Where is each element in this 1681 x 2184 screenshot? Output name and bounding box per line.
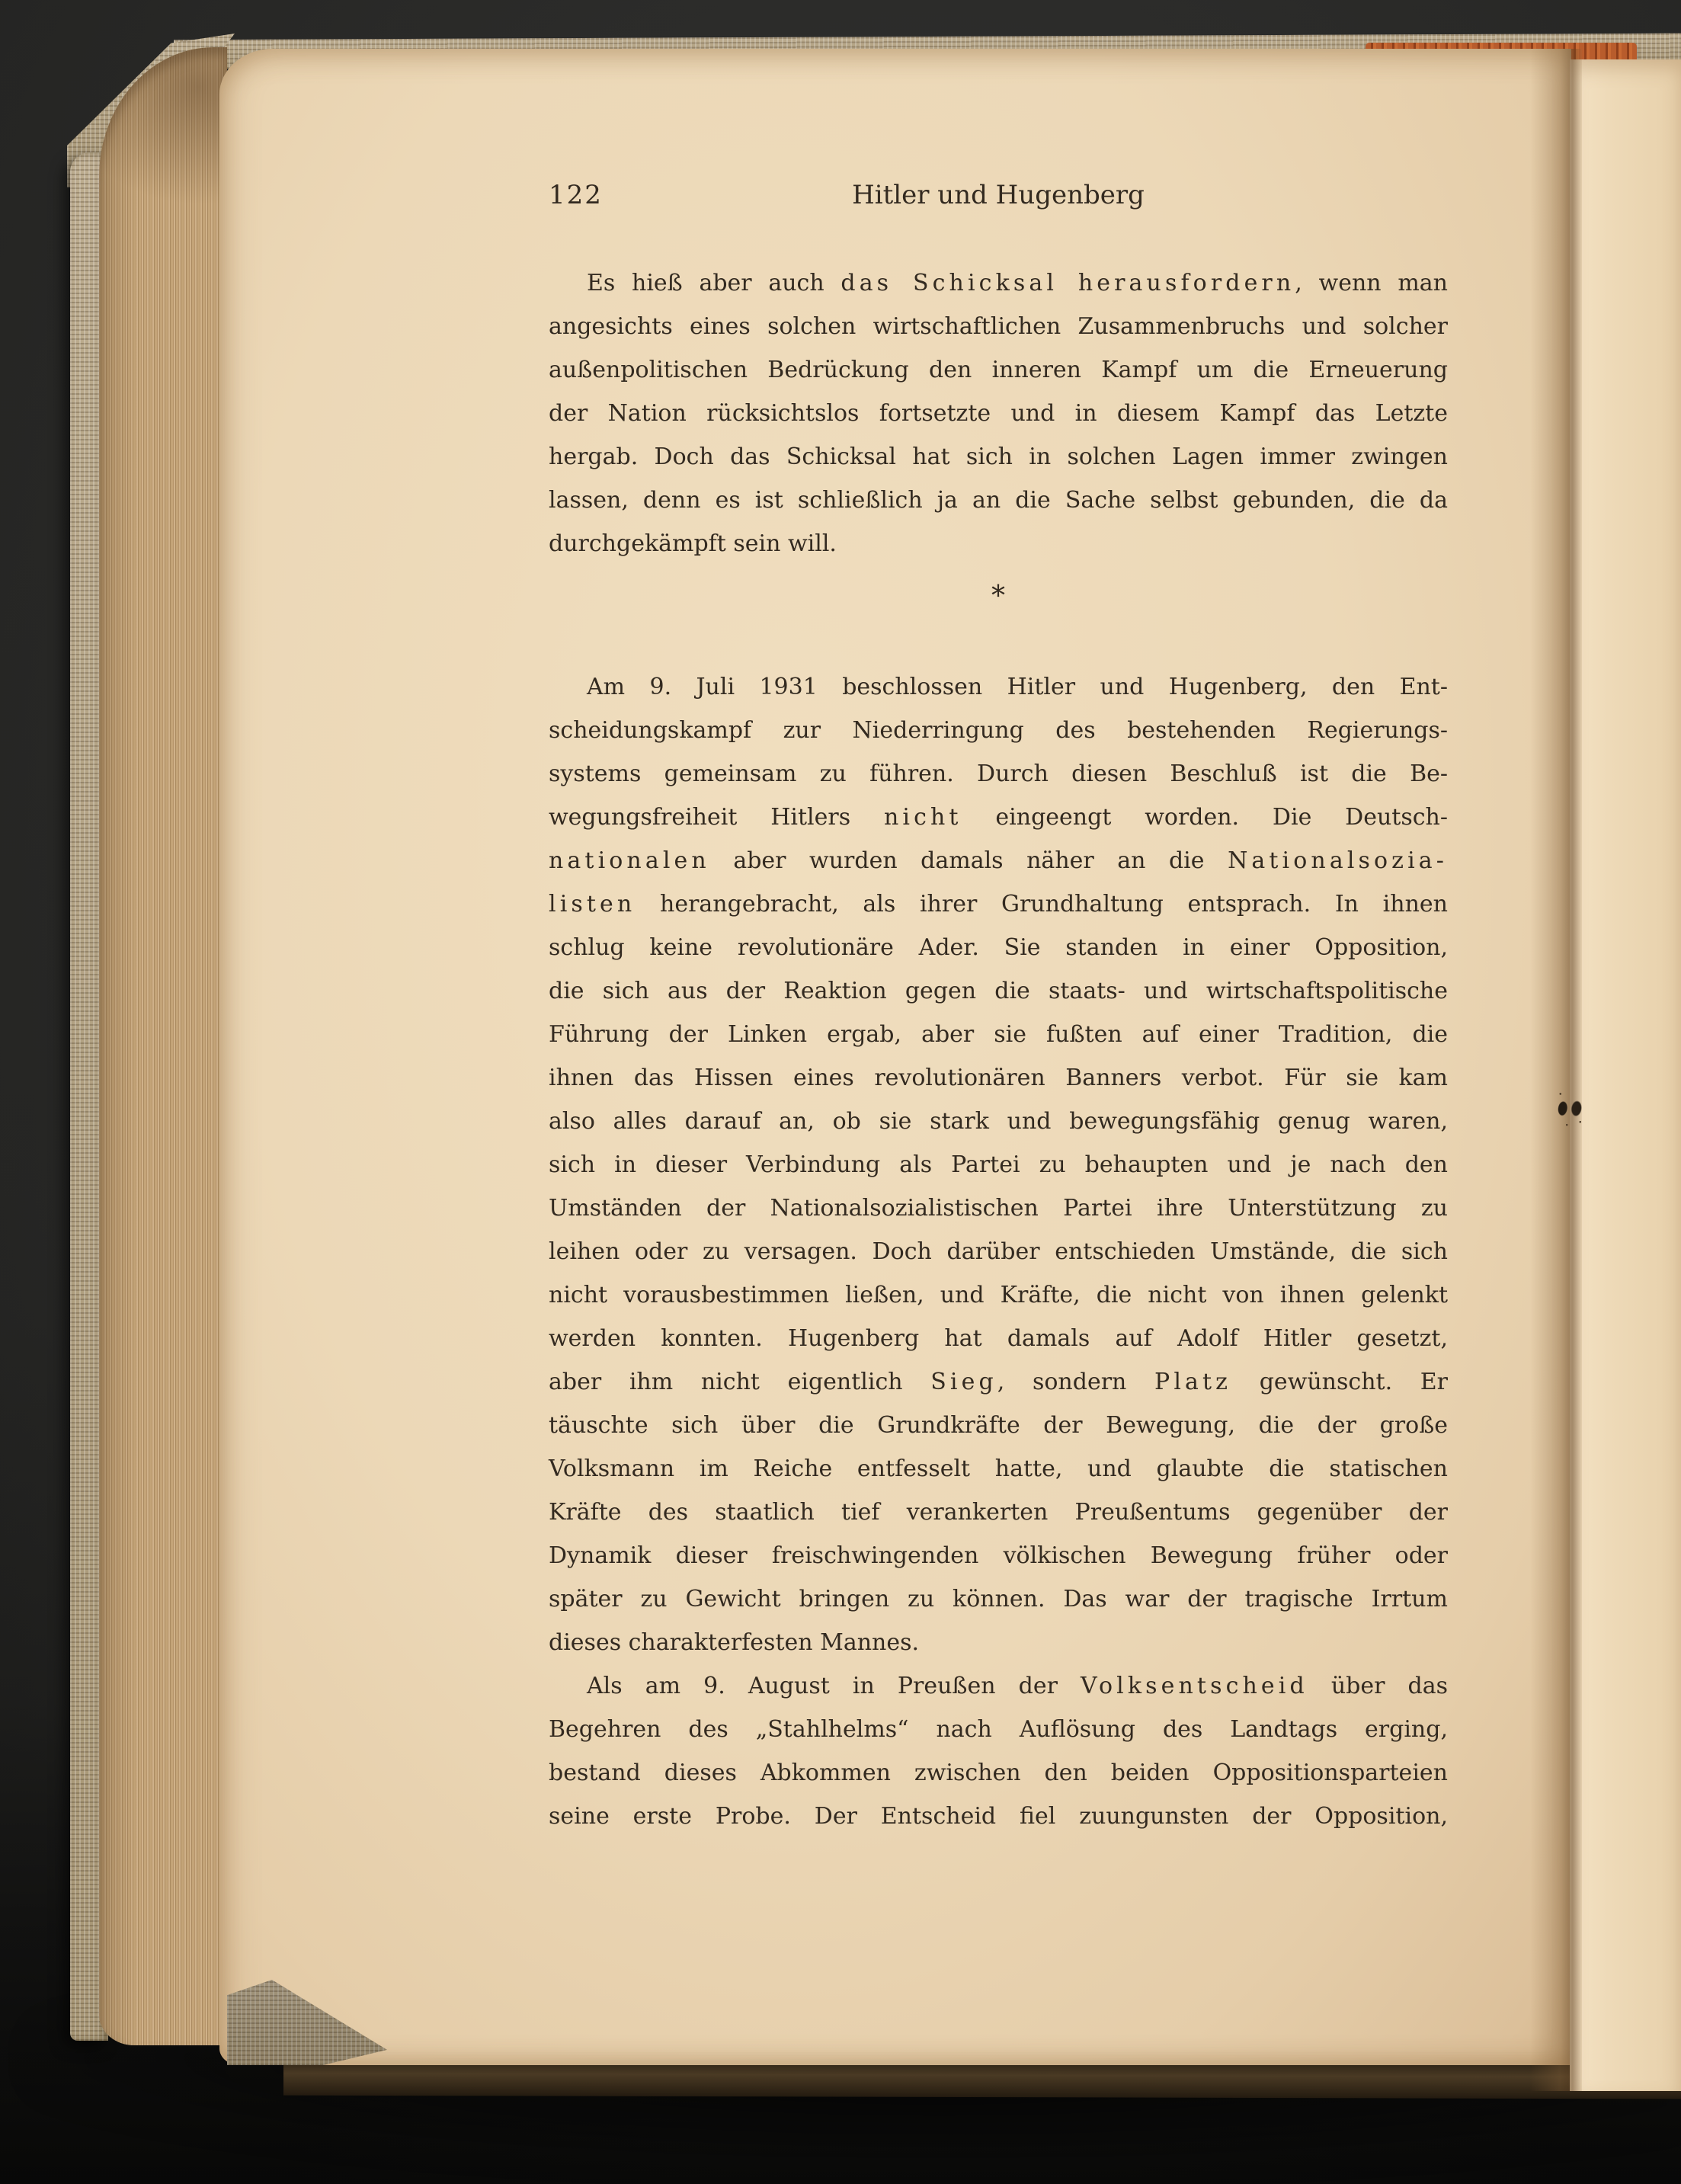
text-line: schlug keine revolutionäre Ader. Sie sta… [549, 926, 1448, 969]
text-line: sich in dieser Verbindung als Partei zu … [549, 1143, 1448, 1186]
text-line: Führung der Linken ergab, aber sie fußte… [549, 1013, 1448, 1056]
body-paragraph: Als am 9. August in Preußen der Volksent… [549, 1664, 1448, 1838]
gutter-shadow [1530, 49, 1582, 2091]
page-header: 122 Hitler und Hugenberg [549, 180, 1448, 216]
book-photo: 122 Hitler und Hugenberg Es hieß aber au… [0, 0, 1681, 2184]
text-line: später zu Gewicht bringen zu können. Das… [549, 1577, 1448, 1621]
text-line: bestand dieses Abkommen zwischen den bei… [549, 1751, 1448, 1795]
text-line: werden konnten. Hugenberg hat damals auf… [549, 1317, 1448, 1360]
text-line: der Nation rücksichtslos fortsetzte und … [549, 392, 1448, 435]
page-fore-edges [99, 47, 227, 2045]
letterspaced-emphasis: Volksentscheid [1081, 1673, 1308, 1699]
book-page: 122 Hitler und Hugenberg Es hieß aber au… [219, 49, 1571, 2065]
text-line: Umständen der Nationalsozialistischen Pa… [549, 1186, 1448, 1230]
text-line: Es hieß aber auch das Schicksal herausfo… [549, 261, 1448, 305]
letterspaced-emphasis: nationalen [549, 847, 710, 874]
body-paragraph: Am 9. Juli 1931 beschlossen Hitler und H… [549, 665, 1448, 1664]
letterspaced-emphasis: listen [549, 891, 636, 917]
text-line: dieses charakterfesten Mannes. [549, 1621, 1448, 1664]
body-paragraph: Es hieß aber auch das Schicksal herausfo… [549, 261, 1448, 565]
text-line: durchgekämpft sein will. [549, 522, 1448, 565]
text-line: Dynamik dieser freischwingenden völkisch… [549, 1534, 1448, 1577]
text-line: angesichts eines solchen wirtschaftliche… [549, 305, 1448, 348]
text-line: Als am 9. August in Preußen der Volksent… [549, 1664, 1448, 1708]
facing-page-sliver [1570, 59, 1681, 2091]
printed-content: 122 Hitler und Hugenberg Es hieß aber au… [219, 49, 1571, 2065]
text-line: leihen oder zu versagen. Doch darüber en… [549, 1230, 1448, 1273]
text-line: scheidungskampf zur Niederringung des be… [549, 709, 1448, 752]
running-title: Hitler und Hugenberg [549, 180, 1448, 210]
text-line: seine erste Probe. Der Entscheid fiel zu… [549, 1795, 1448, 1838]
text-line: Volksmann im Reiche entfesselt hatte, un… [549, 1447, 1448, 1491]
text-line: listen herangebracht, als ihrer Grundhal… [549, 882, 1448, 926]
text-line: also alles darauf an, ob sie stark und b… [549, 1100, 1448, 1143]
letterspaced-emphasis: Nationalsozia- [1228, 847, 1448, 874]
text-line: nicht vorausbestimmen ließen, und Kräfte… [549, 1273, 1448, 1317]
letterspaced-emphasis: Platz [1154, 1369, 1231, 1395]
section-separator-asterisk: * [549, 575, 1448, 618]
text-line: Kräfte des staatlich tief verankerten Pr… [549, 1491, 1448, 1534]
text-body: Es hieß aber auch das Schicksal herausfo… [549, 261, 1448, 1838]
text-line: systems gemeinsam zu führen. Durch diese… [549, 752, 1448, 796]
text-line: aber ihm nicht eigentlich Sieg, sondern … [549, 1360, 1448, 1404]
letterspaced-emphasis: Sieg [930, 1369, 997, 1395]
ink-blot [1547, 1082, 1596, 1135]
letterspaced-emphasis: nicht [884, 804, 962, 831]
text-line: nationalen aber wurden damals näher an d… [549, 839, 1448, 882]
text-line: außenpolitischen Bedrückung den inneren … [549, 348, 1448, 392]
letterspaced-emphasis: das Schicksal herausfordern [840, 270, 1295, 296]
text-line: wegungsfreiheit Hitlers nicht eingeengt … [549, 796, 1448, 839]
text-line: Begehren des „Stahlhelms“ nach Auflösung… [549, 1708, 1448, 1751]
text-line: hergab. Doch das Schicksal hat sich in s… [549, 435, 1448, 479]
text-line: täuschte sich über die Grundkräfte der B… [549, 1404, 1448, 1447]
text-line: die sich aus der Reaktion gegen die staa… [549, 969, 1448, 1013]
text-line: Am 9. Juli 1931 beschlossen Hitler und H… [549, 665, 1448, 709]
text-line: lassen, denn es ist schließlich ja an di… [549, 479, 1448, 522]
text-line: ihnen das Hissen eines revolutionären Ba… [549, 1056, 1448, 1100]
